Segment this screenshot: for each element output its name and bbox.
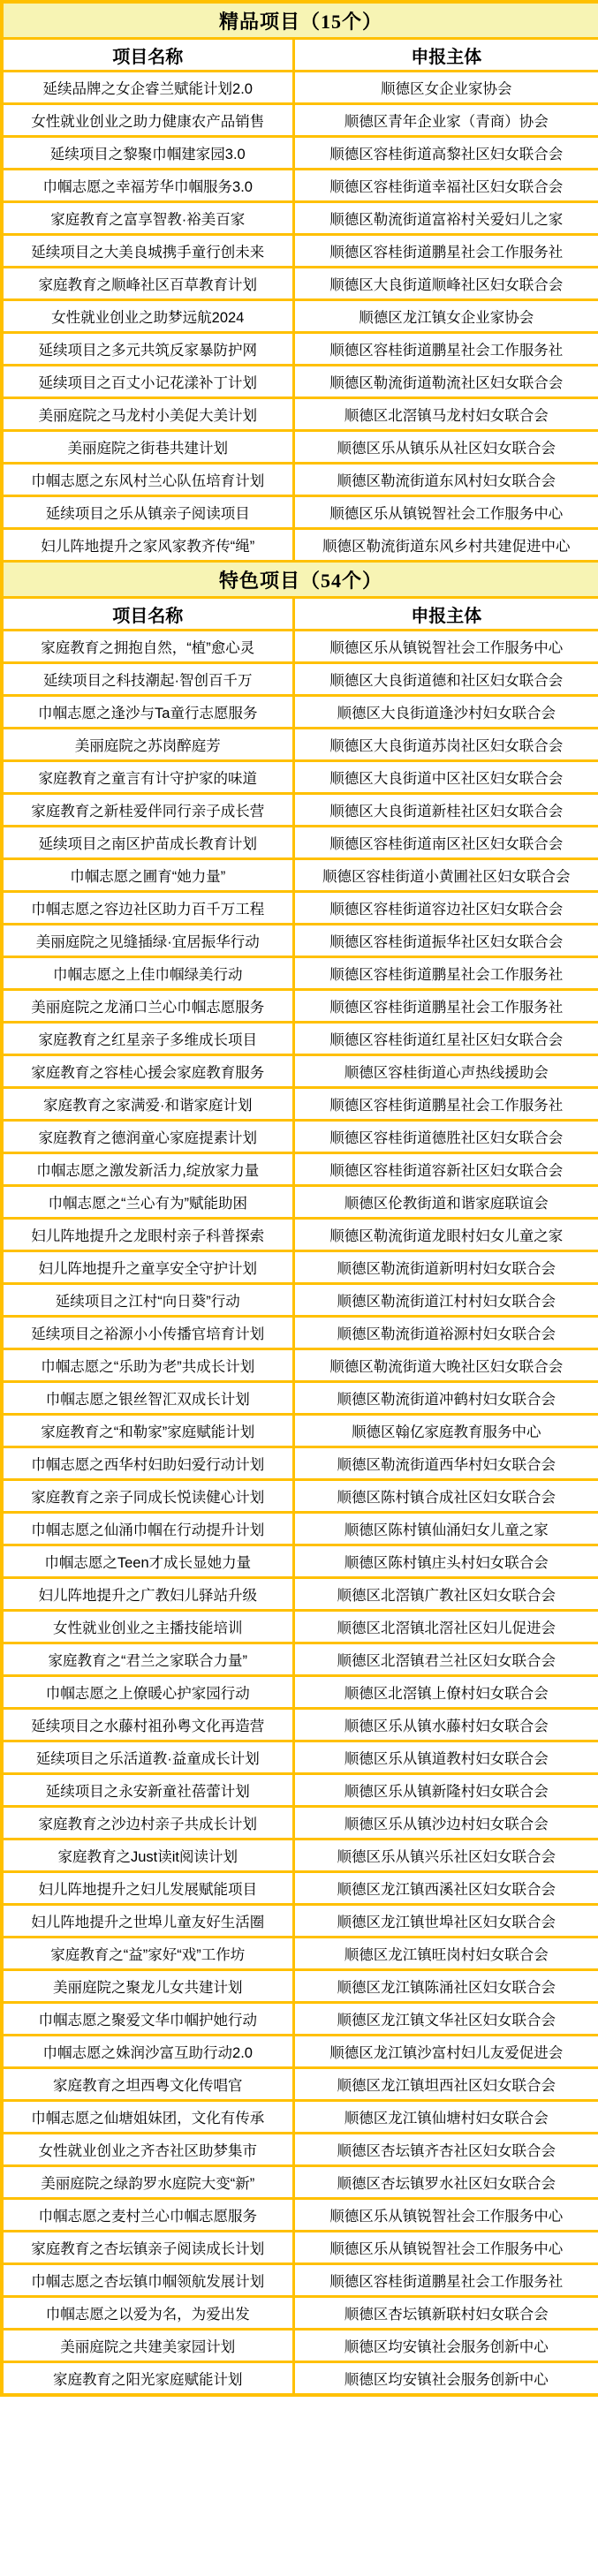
project-name-cell: 延续项目之水藤村祖孙粤文化再造营 <box>2 1709 293 1741</box>
applicant-cell: 顺德区容桂街道振华社区妇女联合会 <box>293 925 598 957</box>
applicant-cell: 顺德区容桂街道容新社区妇女联合会 <box>293 1153 598 1186</box>
applicant-cell: 顺德区陈村镇合成社区妇女联合会 <box>293 1480 598 1513</box>
project-name-cell: 延续项目之永安新童社蓓蕾计划 <box>2 1774 293 1807</box>
column-header-project-name: 项目名称 <box>2 39 293 72</box>
table-row: 巾帼志愿之“乐助为老”共成长计划顺德区勒流街道大晚社区妇女联合会 <box>2 1349 598 1382</box>
project-name-cell: 美丽庭院之马龙村小美促大美计划 <box>2 398 293 431</box>
applicant-cell: 顺德区陈村镇庄头村妇女联合会 <box>293 1545 598 1578</box>
applicant-cell: 顺德区杏坛镇新联村妇女联合会 <box>293 2297 598 2330</box>
applicant-cell: 顺德区容桂街道南区社区妇女联合会 <box>293 827 598 859</box>
applicant-cell: 顺德区乐从镇锐智社会工作服务中心 <box>293 496 598 529</box>
table-row: 延续项目之科技潮起·智创百千万顺德区大良街道德和社区妇女联合会 <box>2 663 598 696</box>
applicant-cell: 顺德区容桂街道德胜社区妇女联合会 <box>293 1121 598 1153</box>
applicant-cell: 顺德区均安镇社会服务创新中心 <box>293 2330 598 2362</box>
project-name-cell: 妇儿阵地提升之童享安全守护计划 <box>2 1251 293 1284</box>
project-name-cell: 家庭教育之童言有计守护家的味道 <box>2 761 293 794</box>
project-name-cell: 延续项目之乐活道教·益童成长计划 <box>2 1741 293 1774</box>
table-row: 家庭教育之坦西粤文化传唱官顺德区龙江镇坦西社区妇女联合会 <box>2 2068 598 2101</box>
applicant-cell: 顺德区龙江镇女企业家协会 <box>293 300 598 333</box>
project-name-cell: 巾帼志愿之以爱为名，为爱出发 <box>2 2297 293 2330</box>
table-row: 美丽庭院之苏岗醉庭芳顺德区大良街道苏岗社区妇女联合会 <box>2 729 598 761</box>
table-row: 美丽庭院之龙涌口兰心巾帼志愿服务顺德区容桂街道鹏星社会工作服务社 <box>2 990 598 1023</box>
project-name-cell: 美丽庭院之龙涌口兰心巾帼志愿服务 <box>2 990 293 1023</box>
project-name-cell: 家庭教育之亲子同成长悦读健心计划 <box>2 1480 293 1513</box>
applicant-cell: 顺德区大良街道逢沙村妇女联合会 <box>293 696 598 729</box>
table-row: 美丽庭院之见缝插绿·宜居振华行动顺德区容桂街道振华社区妇女联合会 <box>2 925 598 957</box>
project-name-cell: 女性就业创业之助梦远航2024 <box>2 300 293 333</box>
table-row: 家庭教育之富享智教·裕美百家顺德区勒流街道富裕村关爱妇儿之家 <box>2 202 598 235</box>
project-name-cell: 延续项目之多元共筑反家暴防护网 <box>2 333 293 366</box>
applicant-cell: 顺德区勒流街道东风村妇女联合会 <box>293 464 598 496</box>
applicant-cell: 顺德区乐从镇锐智社会工作服务中心 <box>293 2199 598 2232</box>
project-name-cell: 巾帼志愿之“乐助为老”共成长计划 <box>2 1349 293 1382</box>
applicant-cell: 顺德区容桂街道鹏星社会工作服务社 <box>293 990 598 1023</box>
applicant-cell: 顺德区北滘镇广教社区妇女联合会 <box>293 1578 598 1611</box>
table-row: 巾帼志愿之银丝智汇双成长计划顺德区勒流街道冲鹤村妇女联合会 <box>2 1382 598 1415</box>
project-name-cell: 巾帼志愿之容边社区助力百千万工程 <box>2 892 293 925</box>
table-row: 延续项目之江村“向日葵”行动顺德区勒流街道江村村妇女联合会 <box>2 1284 598 1317</box>
table-row: 巾帼志愿之Teen才成长显她力量顺德区陈村镇庄头村妇女联合会 <box>2 1545 598 1578</box>
table-row: 巾帼志愿之逢沙与Ta童行志愿服务顺德区大良街道逢沙村妇女联合会 <box>2 696 598 729</box>
project-name-cell: 家庭教育之新桂爱伴同行亲子成长营 <box>2 794 293 827</box>
project-name-cell: 延续品牌之女企睿兰赋能计划2.0 <box>2 72 293 104</box>
project-name-cell: 女性就业创业之助力健康农产品销售 <box>2 104 293 137</box>
project-name-cell: 家庭教育之“和勒家”家庭赋能计划 <box>2 1415 293 1447</box>
table-row: 家庭教育之新桂爱伴同行亲子成长营顺德区大良街道新桂社区妇女联合会 <box>2 794 598 827</box>
project-name-cell: 延续项目之科技潮起·智创百千万 <box>2 663 293 696</box>
applicant-cell: 顺德区均安镇社会服务创新中心 <box>293 2362 598 2396</box>
applicant-cell: 顺德区大良街道德和社区妇女联合会 <box>293 663 598 696</box>
project-name-cell: 美丽庭院之聚龙儿女共建计划 <box>2 1970 293 2003</box>
table-row: 妇儿阵地提升之童享安全守护计划顺德区勒流街道新明村妇女联合会 <box>2 1251 598 1284</box>
project-name-cell: 巾帼志愿之杏坛镇巾帼领航发展计划 <box>2 2264 293 2297</box>
table-row: 巾帼志愿之圃育“她力量”顺德区容桂街道小黄圃社区妇女联合会 <box>2 859 598 892</box>
table-row: 延续品牌之女企睿兰赋能计划2.0顺德区女企业家协会 <box>2 72 598 104</box>
table-row: 家庭教育之顺峰社区百草教育计划顺德区大良街道顺峰社区妇女联合会 <box>2 268 598 300</box>
table-row: 延续项目之乐活道教·益童成长计划顺德区乐从镇道教村妇女联合会 <box>2 1741 598 1774</box>
table-row: 妇儿阵地提升之家风家教齐传“绳”顺德区勒流街道东风乡村共建促进中心 <box>2 529 598 562</box>
applicant-cell: 顺德区勒流街道大晚社区妇女联合会 <box>293 1349 598 1382</box>
project-name-cell: 女性就业创业之齐杏社区助梦集市 <box>2 2134 293 2166</box>
applicant-cell: 顺德区容桂街道小黄圃社区妇女联合会 <box>293 859 598 892</box>
table-row: 家庭教育之杏坛镇亲子阅读成长计划顺德区乐从镇锐智社会工作服务中心 <box>2 2232 598 2264</box>
project-name-cell: 妇儿阵地提升之世埠儿童友好生活圈 <box>2 1905 293 1938</box>
project-name-cell: 巾帼志愿之Teen才成长显她力量 <box>2 1545 293 1578</box>
project-name-cell: 家庭教育之“益”家好“戏”工作坊 <box>2 1938 293 1970</box>
table-row: 延续项目之水藤村祖孙粤文化再造营顺德区乐从镇水藤村妇女联合会 <box>2 1709 598 1741</box>
table-row: 巾帼志愿之麦村兰心巾帼志愿服务顺德区乐从镇锐智社会工作服务中心 <box>2 2199 598 2232</box>
project-name-cell: 家庭教育之拥抱自然，“植”愈心灵 <box>2 631 293 663</box>
table-row: 家庭教育之红星亲子多维成长项目顺德区容桂街道红星社区妇女联合会 <box>2 1023 598 1055</box>
applicant-cell: 顺德区大良街道新桂社区妇女联合会 <box>293 794 598 827</box>
applicant-cell: 顺德区北滘镇上僚村妇女联合会 <box>293 1676 598 1709</box>
project-table: 精品项目（15个）项目名称申报主体延续品牌之女企睿兰赋能计划2.0顺德区女企业家… <box>0 0 598 2397</box>
project-name-cell: 延续项目之乐从镇亲子阅读项目 <box>2 496 293 529</box>
project-name-cell: 妇儿阵地提升之龙眼村亲子科普探索 <box>2 1219 293 1251</box>
applicant-cell: 顺德区翰亿家庭教育服务中心 <box>293 1415 598 1447</box>
applicant-cell: 顺德区乐从镇锐智社会工作服务中心 <box>293 2232 598 2264</box>
table-row: 巾帼志愿之仙塘姐妹团，文化有传承顺德区龙江镇仙塘村妇女联合会 <box>2 2101 598 2134</box>
table-row: 女性就业创业之齐杏社区助梦集市顺德区杏坛镇齐杏社区妇女联合会 <box>2 2134 598 2166</box>
project-name-cell: 巾帼志愿之银丝智汇双成长计划 <box>2 1382 293 1415</box>
table-row: 妇儿阵地提升之龙眼村亲子科普探索顺德区勒流街道龙眼村妇女儿童之家 <box>2 1219 598 1251</box>
project-name-cell: 延续项目之南区护苗成长教育计划 <box>2 827 293 859</box>
table-row: 巾帼志愿之聚爱文华巾帼护她行动顺德区龙江镇文华社区妇女联合会 <box>2 2003 598 2036</box>
table-row: 巾帼志愿之上僚暖心护家园行动顺德区北滘镇上僚村妇女联合会 <box>2 1676 598 1709</box>
project-name-cell: 家庭教育之坦西粤文化传唱官 <box>2 2068 293 2101</box>
applicant-cell: 顺德区乐从镇水藤村妇女联合会 <box>293 1709 598 1741</box>
project-name-cell: 巾帼志愿之幸福芳华巾帼服务3.0 <box>2 170 293 202</box>
section-title: 精品项目（15个） <box>2 2 598 39</box>
project-name-cell: 美丽庭院之见缝插绿·宜居振华行动 <box>2 925 293 957</box>
project-name-cell: 家庭教育之家满爱·和谐家庭计划 <box>2 1088 293 1121</box>
project-name-cell: 家庭教育之德润童心家庭提素计划 <box>2 1121 293 1153</box>
applicant-cell: 顺德区龙江镇沙富村妇儿友爱促进会 <box>293 2036 598 2068</box>
table-row: 美丽庭院之聚龙儿女共建计划顺德区龙江镇陈涌社区妇女联合会 <box>2 1970 598 2003</box>
applicant-cell: 顺德区勒流街道龙眼村妇女儿童之家 <box>293 1219 598 1251</box>
table-row: 美丽庭院之共建美家园计划顺德区均安镇社会服务创新中心 <box>2 2330 598 2362</box>
table-row: 家庭教育之德润童心家庭提素计划顺德区容桂街道德胜社区妇女联合会 <box>2 1121 598 1153</box>
applicant-cell: 顺德区龙江镇西溪社区妇女联合会 <box>293 1872 598 1905</box>
table-row: 妇儿阵地提升之广教妇儿驿站升级顺德区北滘镇广教社区妇女联合会 <box>2 1578 598 1611</box>
table-row: 巾帼志愿之容边社区助力百千万工程顺德区容桂街道容边社区妇女联合会 <box>2 892 598 925</box>
applicant-cell: 顺德区勒流街道江村村妇女联合会 <box>293 1284 598 1317</box>
section-title: 特色项目（54个） <box>2 562 598 598</box>
project-name-cell: 巾帼志愿之仙塘姐妹团，文化有传承 <box>2 2101 293 2134</box>
project-name-cell: 巾帼志愿之姝润沙富互助行动2.0 <box>2 2036 293 2068</box>
table-row: 家庭教育之“益”家好“戏”工作坊顺德区龙江镇旺岗村妇女联合会 <box>2 1938 598 1970</box>
table-row: 延续项目之永安新童社蓓蕾计划顺德区乐从镇新隆村妇女联合会 <box>2 1774 598 1807</box>
table-row: 女性就业创业之主播技能培训顺德区北滘镇北滘社区妇儿促进会 <box>2 1611 598 1643</box>
applicant-cell: 顺德区乐从镇新隆村妇女联合会 <box>293 1774 598 1807</box>
applicant-cell: 顺德区容桂街道容边社区妇女联合会 <box>293 892 598 925</box>
project-name-cell: 延续项目之大美良城携手童行创未来 <box>2 235 293 268</box>
applicant-cell: 顺德区容桂街道幸福社区妇女联合会 <box>293 170 598 202</box>
applicant-cell: 顺德区容桂街道鹏星社会工作服务社 <box>293 333 598 366</box>
table-row: 巾帼志愿之西华村妇助妇爱行动计划顺德区勒流街道西华村妇女联合会 <box>2 1447 598 1480</box>
table-row: 延续项目之百丈小记花漾补丁计划顺德区勒流街道勒流社区妇女联合会 <box>2 366 598 398</box>
applicant-cell: 顺德区容桂街道鹏星社会工作服务社 <box>293 1088 598 1121</box>
table-row: 延续项目之多元共筑反家暴防护网顺德区容桂街道鹏星社会工作服务社 <box>2 333 598 366</box>
table-row: 美丽庭院之马龙村小美促大美计划顺德区北滘镇马龙村妇女联合会 <box>2 398 598 431</box>
applicant-cell: 顺德区勒流街道富裕村关爱妇儿之家 <box>293 202 598 235</box>
applicant-cell: 顺德区乐从镇锐智社会工作服务中心 <box>293 631 598 663</box>
applicant-cell: 顺德区杏坛镇罗水社区妇女联合会 <box>293 2166 598 2199</box>
applicant-cell: 顺德区女企业家协会 <box>293 72 598 104</box>
project-name-cell: 巾帼志愿之圃育“她力量” <box>2 859 293 892</box>
column-header-applicant: 申报主体 <box>293 598 598 631</box>
table-row: 家庭教育之“君兰之家联合力量”顺德区北滘镇君兰社区妇女联合会 <box>2 1643 598 1676</box>
table-row: 家庭教育之童言有计守护家的味道顺德区大良街道中区社区妇女联合会 <box>2 761 598 794</box>
project-name-cell: 巾帼志愿之激发新活力,绽放家力量 <box>2 1153 293 1186</box>
table-row: 美丽庭院之绿韵罗水庭院大变“新”顺德区杏坛镇罗水社区妇女联合会 <box>2 2166 598 2199</box>
table-row: 美丽庭院之街巷共建计划顺德区乐从镇乐从社区妇女联合会 <box>2 431 598 464</box>
applicant-cell: 顺德区勒流街道东风乡村共建促进中心 <box>293 529 598 562</box>
applicant-cell: 顺德区勒流街道冲鹤村妇女联合会 <box>293 1382 598 1415</box>
applicant-cell: 顺德区乐从镇道教村妇女联合会 <box>293 1741 598 1774</box>
applicant-cell: 顺德区容桂街道鹏星社会工作服务社 <box>293 957 598 990</box>
project-name-cell: 巾帼志愿之“兰心有为”赋能助困 <box>2 1186 293 1219</box>
table-row: 女性就业创业之助梦远航2024顺德区龙江镇女企业家协会 <box>2 300 598 333</box>
table-row: 巾帼志愿之仙涌巾帼在行动提升计划顺德区陈村镇仙涌妇女儿童之家 <box>2 1513 598 1545</box>
project-name-cell: 延续项目之江村“向日葵”行动 <box>2 1284 293 1317</box>
project-name-cell: 妇儿阵地提升之广教妇儿驿站升级 <box>2 1578 293 1611</box>
project-name-cell: 美丽庭院之苏岗醉庭芳 <box>2 729 293 761</box>
project-name-cell: 家庭教育之沙边村亲子共成长计划 <box>2 1807 293 1839</box>
table-row: 女性就业创业之助力健康农产品销售顺德区青年企业家（青商）协会 <box>2 104 598 137</box>
applicant-cell: 顺德区龙江镇文华社区妇女联合会 <box>293 2003 598 2036</box>
project-name-cell: 美丽庭院之街巷共建计划 <box>2 431 293 464</box>
table-row: 延续项目之大美良城携手童行创未来顺德区容桂街道鹏星社会工作服务社 <box>2 235 598 268</box>
table-row: 延续项目之南区护苗成长教育计划顺德区容桂街道南区社区妇女联合会 <box>2 827 598 859</box>
applicant-cell: 顺德区青年企业家（青商）协会 <box>293 104 598 137</box>
table-row: 延续项目之裕源小小传播官培育计划顺德区勒流街道裕源村妇女联合会 <box>2 1317 598 1349</box>
table-row: 家庭教育之拥抱自然，“植”愈心灵顺德区乐从镇锐智社会工作服务中心 <box>2 631 598 663</box>
project-name-cell: 巾帼志愿之仙涌巾帼在行动提升计划 <box>2 1513 293 1545</box>
table-row: 巾帼志愿之杏坛镇巾帼领航发展计划顺德区容桂街道鹏星社会工作服务社 <box>2 2264 598 2297</box>
table-row: 家庭教育之家满爱·和谐家庭计划顺德区容桂街道鹏星社会工作服务社 <box>2 1088 598 1121</box>
applicant-cell: 顺德区大良街道苏岗社区妇女联合会 <box>293 729 598 761</box>
project-name-cell: 美丽庭院之共建美家园计划 <box>2 2330 293 2362</box>
project-name-cell: 延续项目之裕源小小传播官培育计划 <box>2 1317 293 1349</box>
project-name-cell: 巾帼志愿之上僚暖心护家园行动 <box>2 1676 293 1709</box>
project-name-cell: 巾帼志愿之麦村兰心巾帼志愿服务 <box>2 2199 293 2232</box>
applicant-cell: 顺德区龙江镇世埠社区妇女联合会 <box>293 1905 598 1938</box>
applicant-cell: 顺德区北滘镇北滘社区妇儿促进会 <box>293 1611 598 1643</box>
applicant-cell: 顺德区乐从镇兴乐社区妇女联合会 <box>293 1839 598 1872</box>
table-row: 巾帼志愿之东风村兰心队伍培育计划顺德区勒流街道东风村妇女联合会 <box>2 464 598 496</box>
table-row: 家庭教育之Just读it阅读计划顺德区乐从镇兴乐社区妇女联合会 <box>2 1839 598 1872</box>
applicant-cell: 顺德区杏坛镇齐杏社区妇女联合会 <box>293 2134 598 2166</box>
column-header-applicant: 申报主体 <box>293 39 598 72</box>
table-row: 延续项目之乐从镇亲子阅读项目顺德区乐从镇锐智社会工作服务中心 <box>2 496 598 529</box>
applicant-cell: 顺德区大良街道顺峰社区妇女联合会 <box>293 268 598 300</box>
applicant-cell: 顺德区容桂街道高黎社区妇女联合会 <box>293 137 598 170</box>
applicant-cell: 顺德区龙江镇陈涌社区妇女联合会 <box>293 1970 598 2003</box>
project-name-cell: 巾帼志愿之聚爱文华巾帼护她行动 <box>2 2003 293 2036</box>
table-row: 家庭教育之“和勒家”家庭赋能计划顺德区翰亿家庭教育服务中心 <box>2 1415 598 1447</box>
table-row: 延续项目之黎聚巾帼建家园3.0顺德区容桂街道高黎社区妇女联合会 <box>2 137 598 170</box>
project-name-cell: 巾帼志愿之上佳巾帼绿美行动 <box>2 957 293 990</box>
project-name-cell: 妇儿阵地提升之家风家教齐传“绳” <box>2 529 293 562</box>
applicant-cell: 顺德区伦教街道和谐家庭联谊会 <box>293 1186 598 1219</box>
project-name-cell: 家庭教育之阳光家庭赋能计划 <box>2 2362 293 2396</box>
table-row: 家庭教育之亲子同成长悦读健心计划顺德区陈村镇合成社区妇女联合会 <box>2 1480 598 1513</box>
applicant-cell: 顺德区乐从镇沙边村妇女联合会 <box>293 1807 598 1839</box>
project-name-cell: 巾帼志愿之西华村妇助妇爱行动计划 <box>2 1447 293 1480</box>
applicant-cell: 顺德区大良街道中区社区妇女联合会 <box>293 761 598 794</box>
applicant-cell: 顺德区容桂街道红星社区妇女联合会 <box>293 1023 598 1055</box>
project-name-cell: 妇儿阵地提升之妇儿发展赋能项目 <box>2 1872 293 1905</box>
applicant-cell: 顺德区容桂街道鹏星社会工作服务社 <box>293 2264 598 2297</box>
table-row: 巾帼志愿之姝润沙富互助行动2.0顺德区龙江镇沙富村妇儿友爱促进会 <box>2 2036 598 2068</box>
project-name-cell: 家庭教育之杏坛镇亲子阅读成长计划 <box>2 2232 293 2264</box>
project-name-cell: 巾帼志愿之东风村兰心队伍培育计划 <box>2 464 293 496</box>
table-row: 巾帼志愿之激发新活力,绽放家力量顺德区容桂街道容新社区妇女联合会 <box>2 1153 598 1186</box>
applicant-cell: 顺德区龙江镇旺岗村妇女联合会 <box>293 1938 598 1970</box>
table-row: 巾帼志愿之“兰心有为”赋能助困顺德区伦教街道和谐家庭联谊会 <box>2 1186 598 1219</box>
table-row: 家庭教育之阳光家庭赋能计划顺德区均安镇社会服务创新中心 <box>2 2362 598 2396</box>
column-header-project-name: 项目名称 <box>2 598 293 631</box>
applicant-cell: 顺德区龙江镇坦西社区妇女联合会 <box>293 2068 598 2101</box>
project-name-cell: 美丽庭院之绿韵罗水庭院大变“新” <box>2 2166 293 2199</box>
applicant-cell: 顺德区勒流街道西华村妇女联合会 <box>293 1447 598 1480</box>
applicant-cell: 顺德区乐从镇乐从社区妇女联合会 <box>293 431 598 464</box>
table-row: 家庭教育之容桂心援会家庭教育服务顺德区容桂街道心声热线援助会 <box>2 1055 598 1088</box>
applicant-cell: 顺德区陈村镇仙涌妇女儿童之家 <box>293 1513 598 1545</box>
applicant-cell: 顺德区龙江镇仙塘村妇女联合会 <box>293 2101 598 2134</box>
project-name-cell: 家庭教育之容桂心援会家庭教育服务 <box>2 1055 293 1088</box>
project-name-cell: 家庭教育之红星亲子多维成长项目 <box>2 1023 293 1055</box>
table-row: 巾帼志愿之幸福芳华巾帼服务3.0顺德区容桂街道幸福社区妇女联合会 <box>2 170 598 202</box>
project-name-cell: 巾帼志愿之逢沙与Ta童行志愿服务 <box>2 696 293 729</box>
applicant-cell: 顺德区勒流街道新明村妇女联合会 <box>293 1251 598 1284</box>
applicant-cell: 顺德区北滘镇君兰社区妇女联合会 <box>293 1643 598 1676</box>
project-name-cell: 家庭教育之Just读it阅读计划 <box>2 1839 293 1872</box>
project-name-cell: 女性就业创业之主播技能培训 <box>2 1611 293 1643</box>
project-name-cell: 家庭教育之富享智教·裕美百家 <box>2 202 293 235</box>
applicant-cell: 顺德区勒流街道勒流社区妇女联合会 <box>293 366 598 398</box>
applicant-cell: 顺德区勒流街道裕源村妇女联合会 <box>293 1317 598 1349</box>
table-row: 巾帼志愿之以爱为名，为爱出发顺德区杏坛镇新联村妇女联合会 <box>2 2297 598 2330</box>
applicant-cell: 顺德区容桂街道鹏星社会工作服务社 <box>293 235 598 268</box>
table-row: 妇儿阵地提升之世埠儿童友好生活圈顺德区龙江镇世埠社区妇女联合会 <box>2 1905 598 1938</box>
project-name-cell: 延续项目之黎聚巾帼建家园3.0 <box>2 137 293 170</box>
project-name-cell: 家庭教育之顺峰社区百草教育计划 <box>2 268 293 300</box>
table-row: 巾帼志愿之上佳巾帼绿美行动顺德区容桂街道鹏星社会工作服务社 <box>2 957 598 990</box>
applicant-cell: 顺德区北滘镇马龙村妇女联合会 <box>293 398 598 431</box>
project-name-cell: 家庭教育之“君兰之家联合力量” <box>2 1643 293 1676</box>
table-row: 家庭教育之沙边村亲子共成长计划顺德区乐从镇沙边村妇女联合会 <box>2 1807 598 1839</box>
project-name-cell: 延续项目之百丈小记花漾补丁计划 <box>2 366 293 398</box>
table-row: 妇儿阵地提升之妇儿发展赋能项目顺德区龙江镇西溪社区妇女联合会 <box>2 1872 598 1905</box>
applicant-cell: 顺德区容桂街道心声热线援助会 <box>293 1055 598 1088</box>
